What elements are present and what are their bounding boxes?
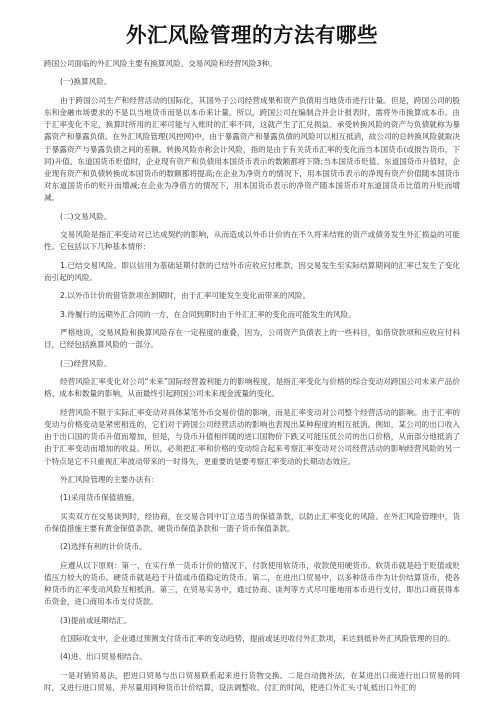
- list-item: 2.以外币计价的借贷款项在到期时，由于汇率可能发生变化而带来的风险。: [44, 290, 460, 302]
- method-heading-2: (2)选择有利的计价货币。: [44, 541, 460, 553]
- method-heading-3: (3)提前或延期结汇。: [44, 615, 460, 627]
- method-heading-1: (1)采用货币保值措施。: [44, 492, 460, 504]
- paragraph: 一是对销贸易法，把进口贸易与出口贸易联系起来进行货物交换。二是自动抛补法，在某进…: [44, 670, 460, 694]
- list-item: 1.已结交易风险。即以信用为基础延期付款的已结外币应收应付账款，因交易发生至实际…: [44, 260, 460, 284]
- paragraph: 外汇风险管理的主要办法有：: [44, 474, 460, 486]
- paragraph: 在国际收支中，企业通过预测支付货币汇率的变动趋势，提前或延迟收付外汇款项，来达到…: [44, 633, 460, 645]
- intro-paragraph: 跨国公司面临的外汇风险主要有换算风险、交易风险和经营风险3种。: [44, 58, 460, 70]
- paragraph: 经营风险汇率变化对公司“未来”国际经营盈利能力的影响程度，是指汇率变化与价格的综…: [44, 376, 460, 400]
- paragraph: 交易风险是指汇率变动对已达成契约的影响，从而造成以外币计价的在不久将来结账的资产…: [44, 229, 460, 253]
- section-heading-translation-risk: (一)换算风险。: [44, 76, 460, 88]
- section-heading-operating-risk: (三)经营风险。: [44, 358, 460, 370]
- document-body: 跨国公司面临的外汇风险主要有换算风险、交易风险和经营风险3种。 (一)换算风险。…: [44, 58, 460, 700]
- method-heading-4: (4)进、出口贸易相结合。: [44, 651, 460, 663]
- section-heading-transaction-risk: (二)交易风险。: [44, 211, 460, 223]
- paragraph: 由于跨国公司生产和经营活动的国际化，其国外子公司经营成果和资产负债用当地货币进行…: [44, 95, 460, 205]
- paragraph: 严格地说，交易风险和换算风险存在一定程度的重叠，因为，公司资产负债表上的一些科目…: [44, 327, 460, 351]
- paragraph: 应遵从以下原则：第一，在实行单一货币计价的情况下，付款使用软货币，收款使用硬货币…: [44, 560, 460, 609]
- paragraph: 买卖双方在交易谈判时，经协商，在交易合同中订立适当的保值条款，以防止汇率变化的风…: [44, 511, 460, 535]
- page-title: 外汇风险管理的方法有哪些: [0, 22, 504, 48]
- list-item: 3.待履行的远期外汇合同的一方，在合同到期时由于外汇汇率的变化而可能发生的风险。: [44, 309, 460, 321]
- paragraph: 经营风险不限于实际汇率变动对具体某笔外币交易价值的影响，而是汇率变动对公司整个经…: [44, 407, 460, 468]
